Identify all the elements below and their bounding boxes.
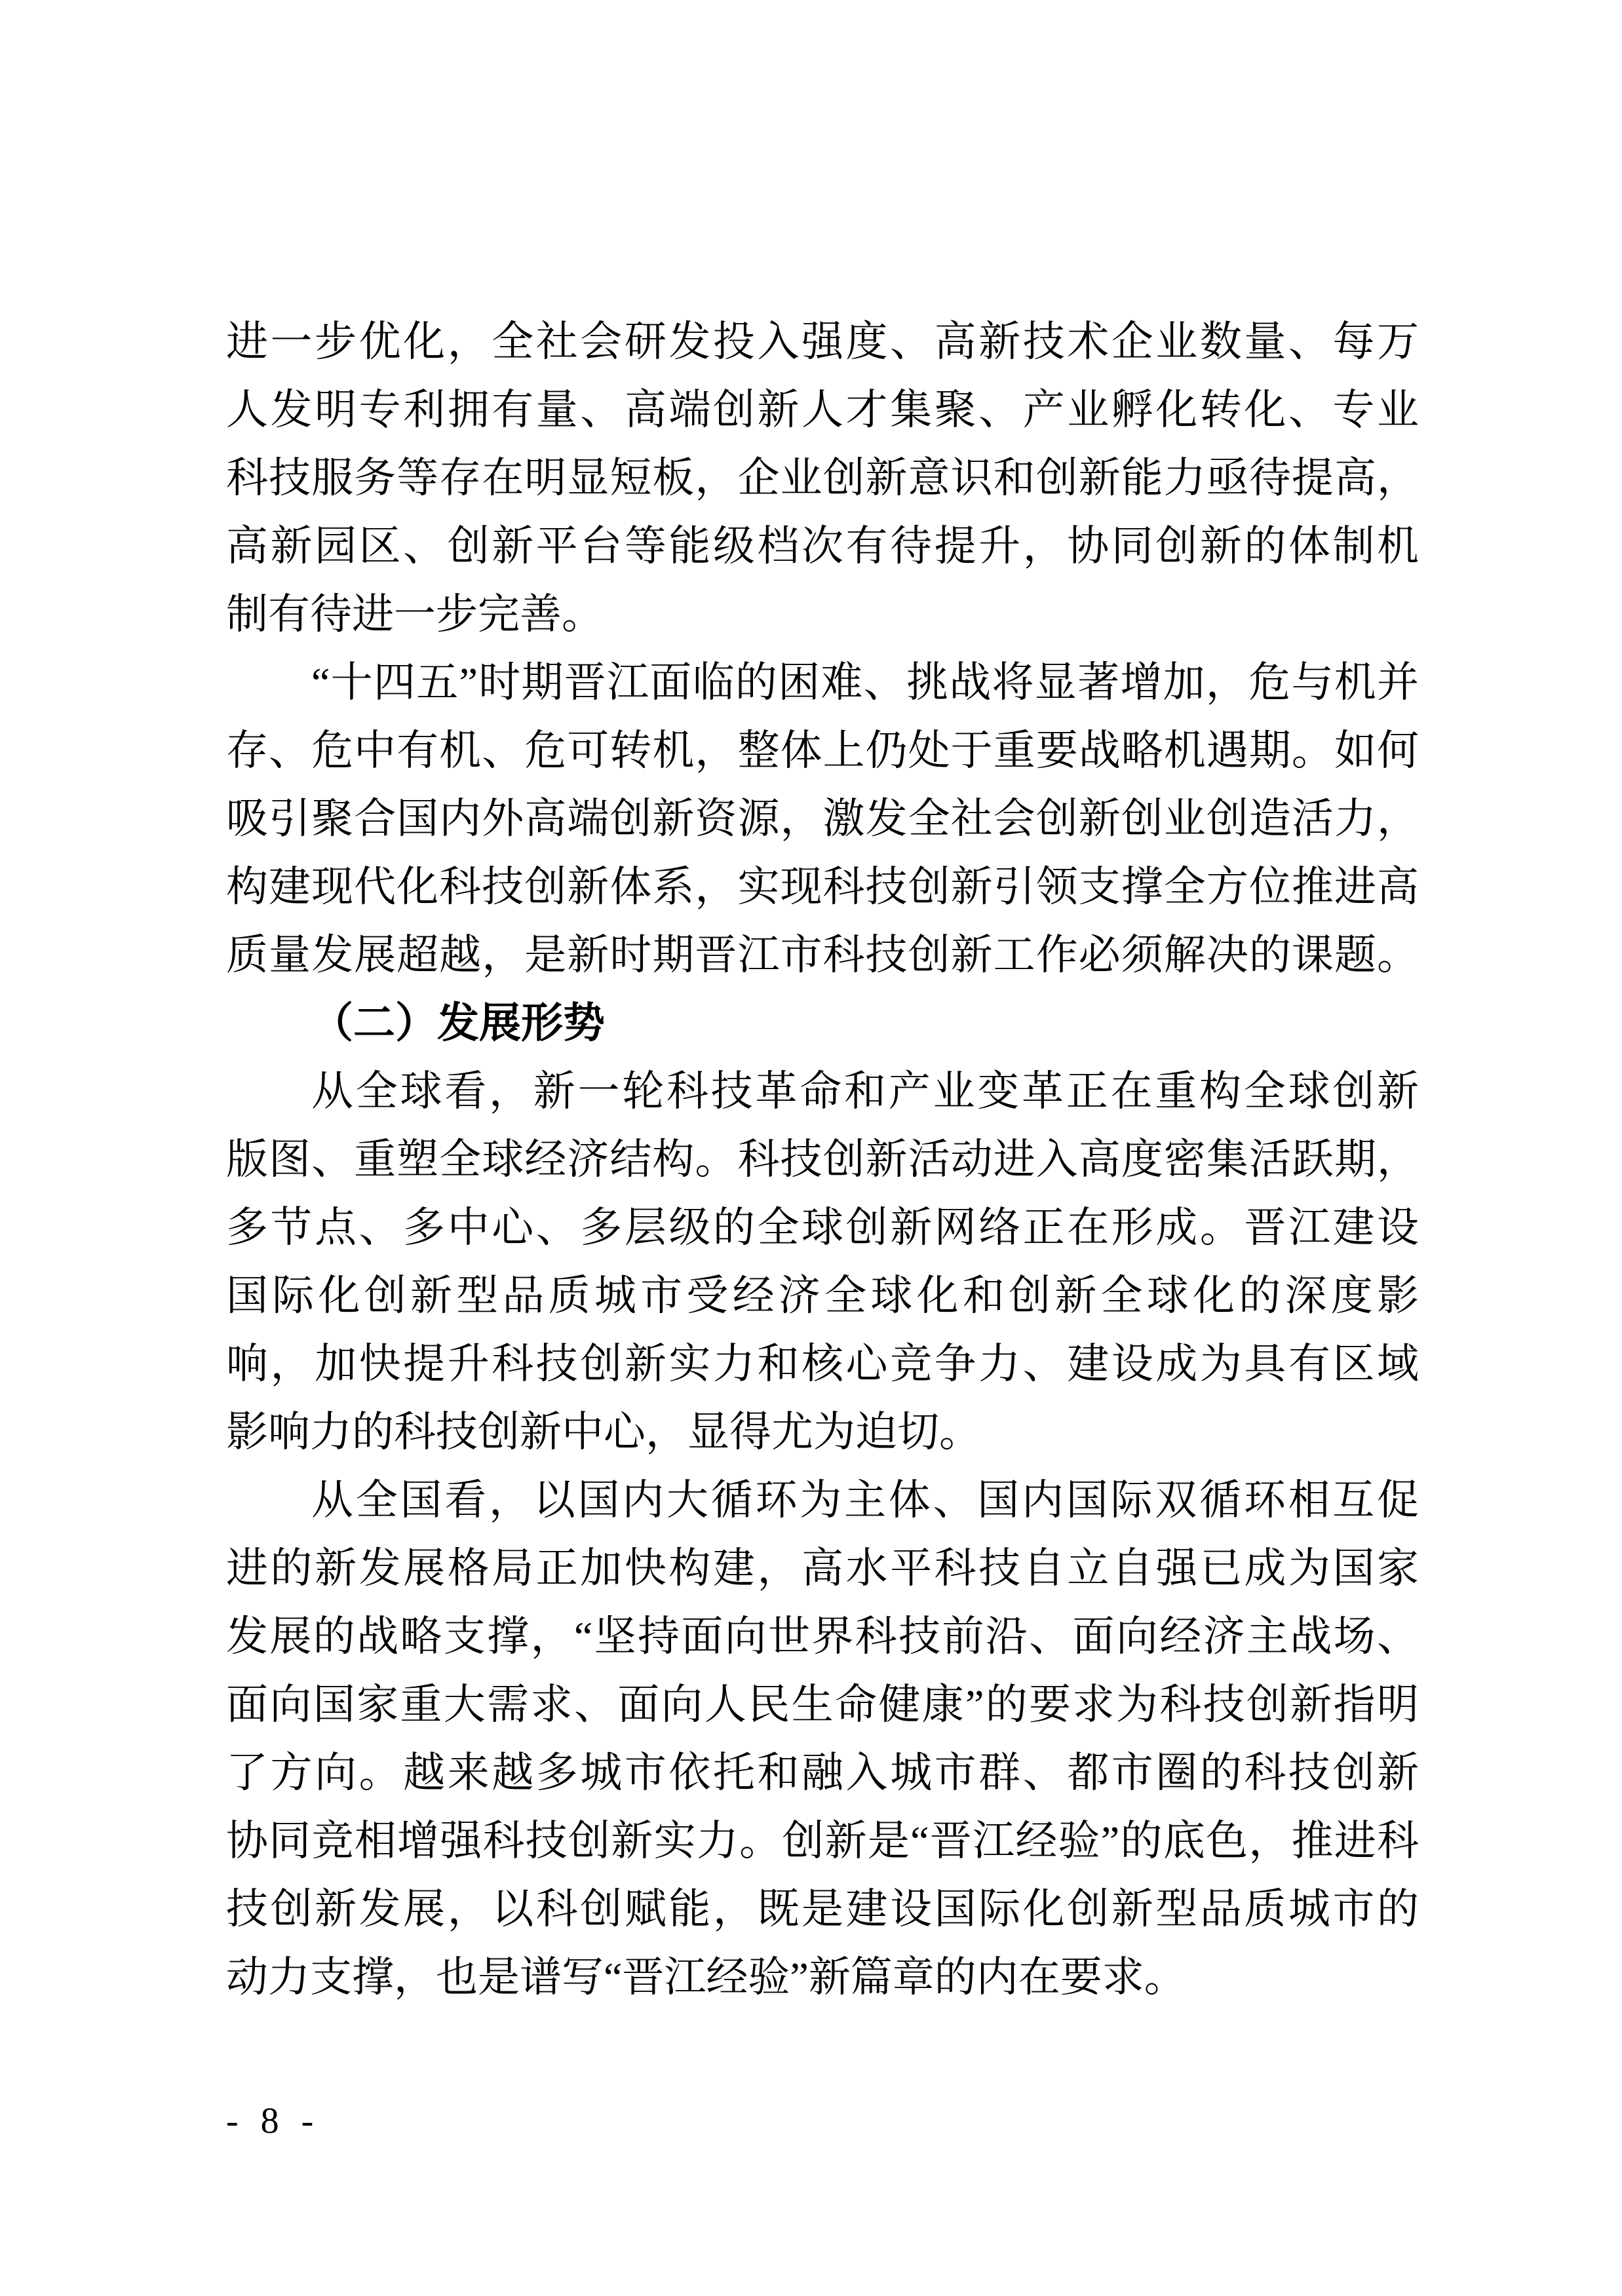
- text-line: 协同竞相增强科技创新实力。创新是“晋江经验”的底色，推进科: [226, 1807, 1419, 1875]
- text-line: 版图、重塑全球经济结构。科技创新活动进入高度密集活跃期，: [226, 1126, 1419, 1194]
- section-heading: （二）发展形势: [226, 989, 1419, 1058]
- document-body: 进一步优化，全社会研发投入强度、高新技术企业数量、每万人发明专利拥有量、高端创新…: [226, 308, 1419, 2012]
- text-line: 影响力的科技创新中心，显得尤为迫切。: [226, 1398, 1419, 1466]
- text-line: 存、危中有机、危可转机，整体上仍处于重要战略机遇期。如何: [226, 717, 1419, 785]
- text-line: 进一步优化，全社会研发投入强度、高新技术企业数量、每万: [226, 308, 1419, 376]
- text-line: 面向国家重大需求、面向人民生命健康”的要求为科技创新指明: [226, 1671, 1419, 1739]
- page-number: - 8 -: [226, 2100, 320, 2142]
- text-line: “十四五”时期晋江面临的困难、挑战将显著增加，危与机并: [226, 649, 1419, 717]
- text-line: 了方向。越来越多城市依托和融入城市群、都市圈的科技创新: [226, 1739, 1419, 1807]
- text-line: 多节点、多中心、多层级的全球创新网络正在形成。晋江建设: [226, 1194, 1419, 1262]
- text-line: 高新园区、创新平台等能级档次有待提升，协同创新的体制机: [226, 512, 1419, 581]
- text-line: 构建现代化科技创新体系，实现科技创新引领支撑全方位推进高: [226, 853, 1419, 921]
- text-line: 从全球看，新一轮科技革命和产业变革正在重构全球创新: [226, 1058, 1419, 1126]
- text-line: 人发明专利拥有量、高端创新人才集聚、产业孵化转化、专业: [226, 376, 1419, 444]
- text-line: 发展的战略支撑，“坚持面向世界科技前沿、面向经济主战场、: [226, 1603, 1419, 1671]
- text-line: 进的新发展格局正加快构建，高水平科技自立自强已成为国家: [226, 1535, 1419, 1603]
- document-page: 进一步优化，全社会研发投入强度、高新技术企业数量、每万人发明专利拥有量、高端创新…: [0, 0, 1622, 2296]
- text-line: 从全国看，以国内大循环为主体、国内国际双循环相互促: [226, 1466, 1419, 1535]
- text-line: 动力支撑，也是谱写“晋江经验”新篇章的内在要求。: [226, 1943, 1419, 2012]
- text-line: 国际化创新型品质城市受经济全球化和创新全球化的深度影: [226, 1262, 1419, 1330]
- text-line: 吸引聚合国内外高端创新资源，激发全社会创新创业创造活力，: [226, 785, 1419, 853]
- text-line: 质量发展超越，是新时期晋江市科技创新工作必须解决的课题。: [226, 921, 1419, 989]
- text-line: 科技服务等存在明显短板，企业创新意识和创新能力亟待提高，: [226, 444, 1419, 512]
- text-line: 制有待进一步完善。: [226, 581, 1419, 649]
- text-line: 响，加快提升科技创新实力和核心竞争力、建设成为具有区域: [226, 1330, 1419, 1398]
- text-line: 技创新发展，以科创赋能，既是建设国际化创新型品质城市的: [226, 1875, 1419, 1943]
